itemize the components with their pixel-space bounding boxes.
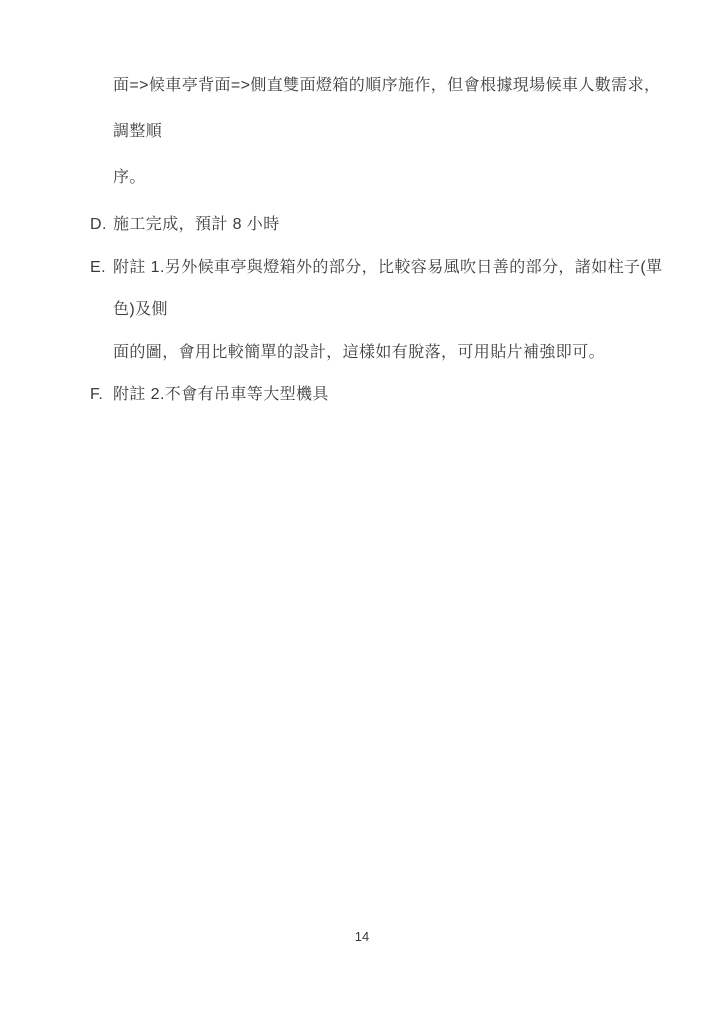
list-item-label: D. <box>90 204 113 247</box>
list-item-f: F. 附註 2.不會有吊車等大型機具 <box>90 374 674 417</box>
list-item-label: F. <box>90 374 113 417</box>
list-item-label: E. <box>90 247 113 290</box>
lettered-list: D. 施工完成，預計 8 小時 E. 附註 1.另外候車亭與燈箱外的部分，比較容… <box>90 204 674 417</box>
page-footer: 14 <box>0 928 724 946</box>
list-item-body: 施工完成，預計 8 小時 <box>113 204 674 247</box>
page-number: 14 <box>355 929 369 944</box>
list-item-body: 附註 1.另外候車亭與燈箱外的部分，比較容易風吹日善的部分，諸如柱子(單色)及側… <box>113 247 674 375</box>
paragraph-line: 面=>候車亭背面=>側直雙面燈箱的順序施作，但會根據現場候車人數需求，調整順 <box>113 63 674 155</box>
list-item-line: 面的圖，會用比較簡單的設計，這樣如有脫落，可用貼片補強即可。 <box>113 332 674 375</box>
paragraph-continuation: 面=>候車亭背面=>側直雙面燈箱的順序施作，但會根據現場候車人數需求，調整順 序… <box>113 63 674 201</box>
list-item-e: E. 附註 1.另外候車亭與燈箱外的部分，比較容易風吹日善的部分，諸如柱子(單色… <box>90 247 674 375</box>
list-item-d: D. 施工完成，預計 8 小時 <box>90 204 674 247</box>
document-page: 面=>候車亭背面=>側直雙面燈箱的順序施作，但會根據現場候車人數需求，調整順 序… <box>0 0 724 1024</box>
list-item-line: 附註 2.不會有吊車等大型機具 <box>113 374 674 417</box>
paragraph-line: 序。 <box>113 155 674 201</box>
list-item-line: 施工完成，預計 8 小時 <box>113 204 674 247</box>
list-item-line: 附註 1.另外候車亭與燈箱外的部分，比較容易風吹日善的部分，諸如柱子(單色)及側 <box>113 247 674 332</box>
list-item-body: 附註 2.不會有吊車等大型機具 <box>113 374 674 417</box>
page-content: 面=>候車亭背面=>側直雙面燈箱的順序施作，但會根據現場候車人數需求，調整順 序… <box>0 0 724 417</box>
